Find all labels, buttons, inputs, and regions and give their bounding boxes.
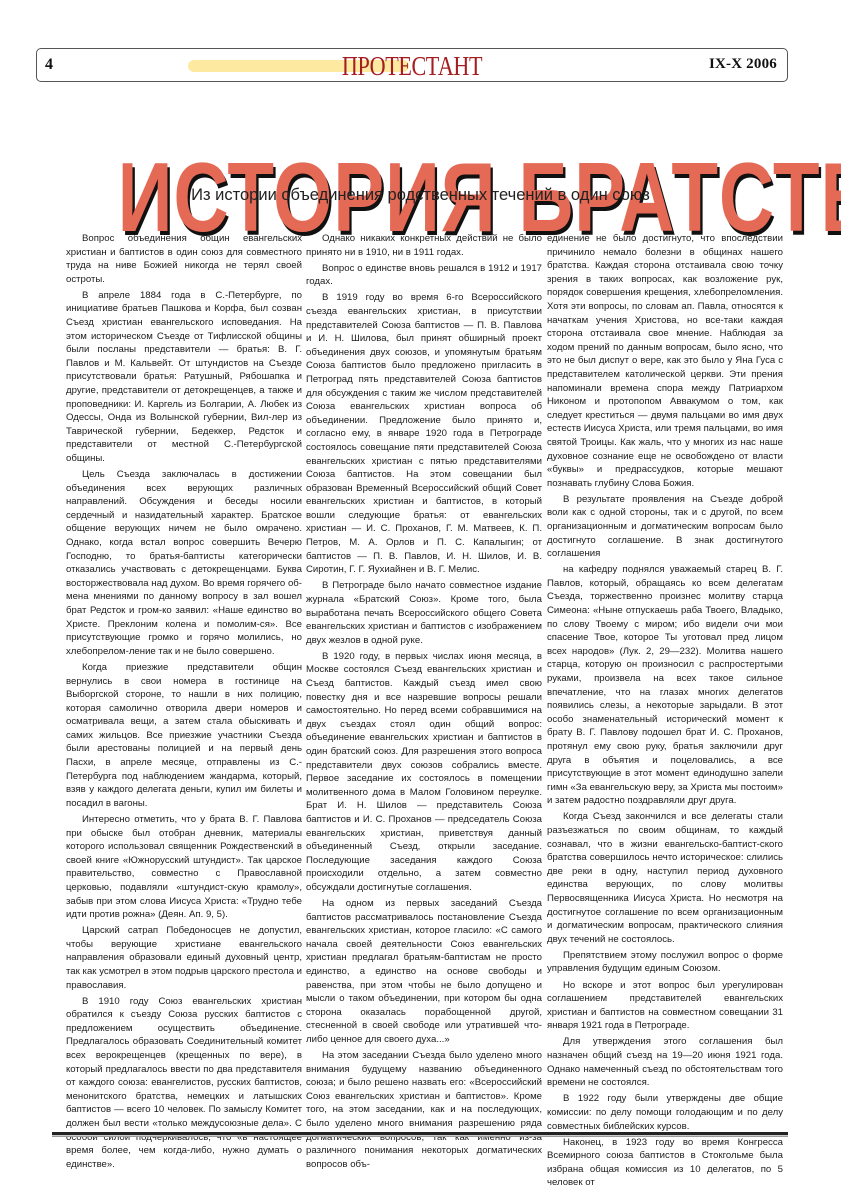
paragraph: Вопрос о единстве вновь решался в 1912 и… — [306, 262, 542, 289]
paragraph: Интересно отметить, что у брата В. Г. Па… — [66, 813, 302, 922]
text-column-1: Вопрос объединения общин евангельских хр… — [66, 232, 302, 1174]
paragraph: единение не было достигнуто, что впослед… — [547, 232, 783, 490]
paragraph: В 1910 году Союз евангельских христиан о… — [66, 995, 302, 1172]
paragraph: На одном из первых заседаний Съезда бапт… — [306, 897, 542, 1047]
paragraph: В 1920 году, в первых числах июня месяца… — [306, 650, 542, 895]
paragraph: В Петрограде было начато совместное изда… — [306, 579, 542, 647]
paragraph: Для утверждения этого соглашения был наз… — [547, 1035, 783, 1089]
paragraph: Когда Съезд закончился и все делегаты ст… — [547, 810, 783, 946]
paragraph: Цель Съезда заключалась в достижении объ… — [66, 468, 302, 658]
paragraph: Препятствием этому послужил вопрос о фор… — [547, 949, 783, 976]
paragraph: на кафедру поднялся уважаемый старец В. … — [547, 563, 783, 808]
paragraph: В 1922 году были утверждены две общие ко… — [547, 1092, 783, 1133]
paragraph: Когда приезжие представители общин верну… — [66, 661, 302, 811]
paragraph: Наконец, в 1923 году во время Конгресса … — [547, 1136, 783, 1190]
paragraph: Однако никаких конкретных действий не бы… — [306, 232, 542, 259]
masthead: 4 ПРОТЕСТАНТ IX-X 2006 — [36, 48, 788, 82]
article-body: Вопрос объединения общин евангельских хр… — [66, 232, 783, 1112]
paragraph: Вопрос объединения общин евангельских хр… — [66, 232, 302, 286]
publication-name: ПРОТЕСТАНТ — [105, 49, 720, 83]
paragraph: В 1919 году во время 6-го Всероссийского… — [306, 291, 542, 576]
footer-rule — [52, 1132, 788, 1137]
page-number: 4 — [45, 56, 53, 74]
text-column-3: единение не было достигнуто, что впослед… — [547, 232, 783, 1190]
paragraph: Но вскоре и этот вопрос был урегулирован… — [547, 979, 783, 1033]
paragraph: В апреле 1884 года в С.-Петербурге, по и… — [66, 289, 302, 466]
text-column-2: Однако никаких конкретных действий не бы… — [306, 232, 542, 1174]
issue-date: IX-X 2006 — [709, 56, 777, 73]
article-subtitle: Из истории объединения родственных течен… — [0, 186, 841, 205]
paragraph: На этом заседании Съезда было уделено мн… — [306, 1049, 542, 1171]
paragraph: В результате проявления на Съезде доброй… — [547, 493, 783, 561]
paragraph: Царский сатрап Победоносцев не допустил,… — [66, 924, 302, 992]
